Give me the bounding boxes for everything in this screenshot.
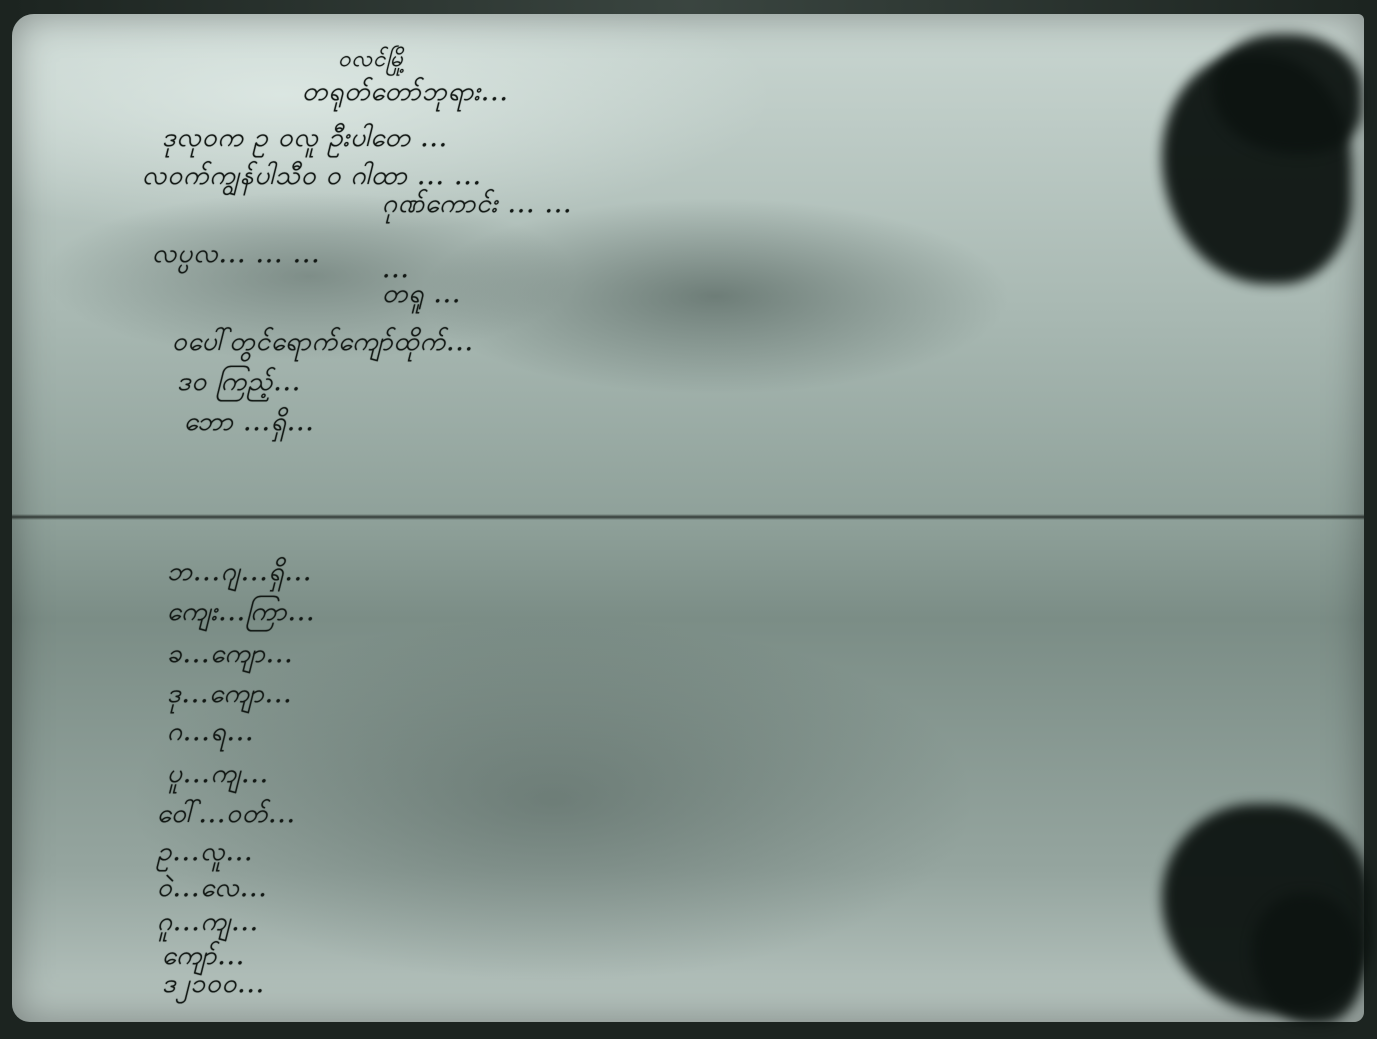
body-line: ဥ...လူ... [157, 834, 253, 873]
body-line: ခ...ကျော... [167, 636, 294, 675]
body-line: ဝေါ်...ဝတ်... [157, 796, 296, 835]
body-line: ဒ၂၁၀၀... [162, 966, 265, 1005]
body-line: ပူ...ကျ... [167, 756, 269, 795]
column-line: တရူ ... [382, 276, 461, 315]
manuscript-sheet: ဝလင်မြို့ တရုတ်တော်ဘုရား... ဒုလုဝက ဥ ဝလူ… [12, 14, 1364, 1022]
heading-line: ဝလင်မြို့ [338, 44, 407, 77]
body-line: ဝပေါ်တွင်ရောက်ကျော်ထိုက်... [172, 324, 474, 363]
column-line: ဒုလုဝက ဥ ဝလူ ဦးပါတေ ... [162, 120, 448, 159]
body-line: ကျေး...ကြာ... [167, 594, 315, 633]
heading-line: တရုတ်တော်ဘုရား... [302, 74, 509, 113]
paper-fold-line [12, 514, 1364, 520]
body-line: ဘော ...ရှိ... [184, 404, 315, 443]
body-line: ဒဝ ကြည့်... [177, 364, 301, 403]
column-line: လပ္ပလ... ... ... [152, 236, 321, 275]
body-line: ဘ...ဂျ...ရှိ... [167, 554, 312, 593]
body-line: ဒု...ကျော... [167, 676, 293, 715]
column-line: ဂုဏ်ကောင်း ... ... [382, 186, 572, 225]
body-line: ဂ...ရ... [167, 714, 254, 753]
